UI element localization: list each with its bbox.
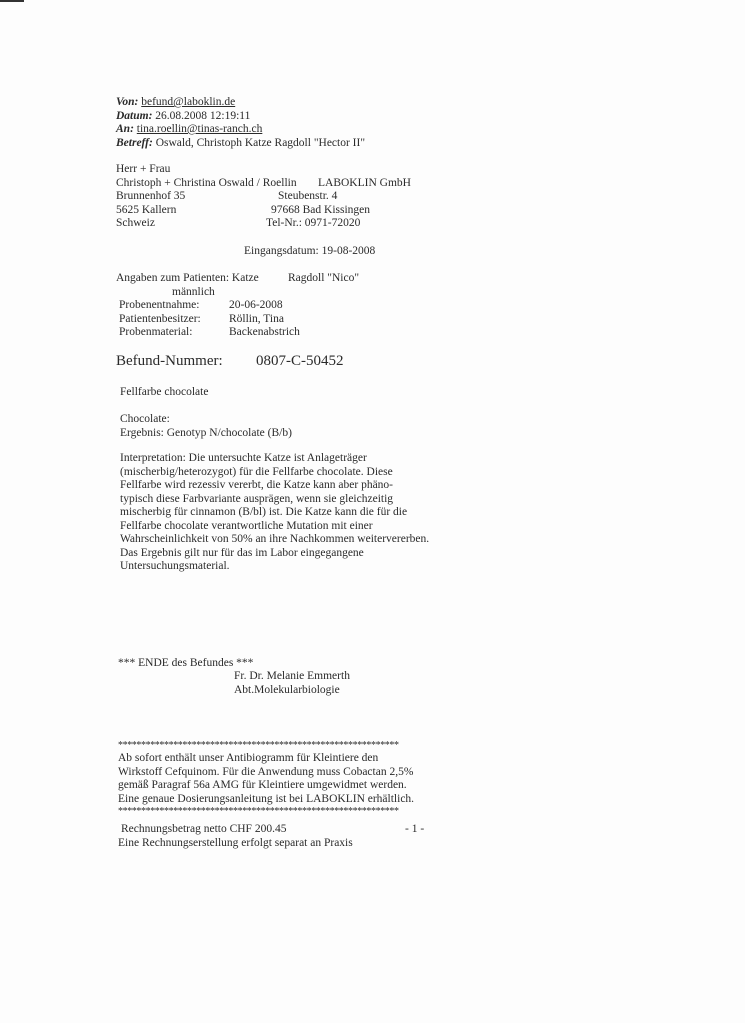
interpretation-line: Untersuchungsmaterial. [120, 560, 450, 574]
signature-name: Fr. Dr. Melanie Emmerth [234, 670, 350, 684]
from-email-link[interactable]: befund@laboklin.de [141, 96, 235, 108]
subject-row: Betreff: Oswald, Christoph Katze Ragdoll… [116, 137, 365, 151]
lab-phone: Tel-Nr.: 0971-72020 [266, 217, 360, 231]
subject-label: Betreff: [116, 137, 153, 149]
result-genotype: Ergebnis: Genotyp N/chocolate (B/b) [120, 427, 292, 441]
field-value: 20-06-2008 [229, 299, 283, 313]
separator: ****************************************… [118, 806, 414, 818]
interpretation-line: Interpretation: Die untersuchte Katze is… [120, 452, 450, 466]
interpretation-line: Das Ergebnis gilt nur für das im Labor e… [120, 547, 450, 561]
to-email-link[interactable]: tina.roellin@tinas-ranch.ch [137, 123, 263, 135]
interpretation-line: typisch diese Farbvariante ausprägen, we… [120, 493, 450, 507]
end-of-report: *** ENDE des Befundes *** [118, 657, 253, 671]
lab-address-line: 97668 Bad Kissingen [271, 204, 370, 218]
report-number-value: 0807-C-50452 [256, 353, 344, 370]
interpretation-line: Wahrscheinlichkeit von 50% an ihre Nachk… [120, 533, 450, 547]
report-number: Befund-Nummer: 0807-C-50452 [116, 353, 223, 370]
page-number: - 1 - [405, 823, 424, 837]
recipient-line: Herr + Frau [116, 163, 170, 177]
patient-intro: Angaben zum Patienten: Katze [116, 272, 259, 286]
patient-breed: Ragdoll "Nico" [288, 272, 359, 286]
from-label: Von: [116, 96, 138, 108]
result-heading: Chocolate: [120, 413, 292, 427]
field-key: Patientenbesitzer: [119, 313, 201, 327]
interpretation: Interpretation: Die untersuchte Katze is… [120, 452, 450, 574]
notice-line: Ab sofort enthält unser Antibiogramm für… [118, 752, 414, 766]
test-title: Fellfarbe chocolate [120, 386, 208, 400]
subject-value: Oswald, Christoph Katze Ragdoll "Hector … [156, 137, 365, 149]
report-number-label: Befund-Nummer: [116, 353, 223, 369]
date-value: 26.08.2008 12:19:11 [155, 110, 250, 122]
receipt-date: Eingangsdatum: 19-08-2008 [244, 245, 375, 259]
patient-sex: männlich [172, 286, 215, 300]
from-row: Von: befund@laboklin.de [116, 96, 365, 110]
interpretation-line: Fellfarbe chocolate verantwortliche Muta… [120, 520, 450, 534]
patient-info: Angaben zum Patienten: Katze Ragdoll "Ni… [116, 272, 119, 340]
test-result: Chocolate: Ergebnis: Genotyp N/chocolate… [120, 413, 292, 440]
recipient-line: Schweiz [116, 217, 155, 231]
interpretation-line: (mischerbig/heterozygot) für die Fellfar… [120, 466, 450, 480]
recipient-line: 5625 Kallern [116, 204, 176, 218]
field-key: Probenmaterial: [119, 326, 192, 340]
signature-department: Abt.Molekularbiologie [234, 684, 350, 698]
signature: Fr. Dr. Melanie Emmerth Abt.Molekularbio… [234, 670, 350, 697]
interpretation-line: Fellfarbe wird rezessiv vererbt, die Kat… [120, 479, 450, 493]
date-label: Datum: [116, 110, 152, 122]
date-row: Datum: 26.08.2008 12:19:11 [116, 110, 365, 124]
to-label: An: [116, 123, 134, 135]
interpretation-line: mischerbig für cinnamon (B/bl) ist. Die … [120, 506, 450, 520]
field-value: Backenabstrich [229, 326, 300, 340]
to-row: An: tina.roellin@tinas-ranch.ch [116, 123, 365, 137]
lab-name: LABOKLIN GmbH [318, 177, 411, 191]
notice-box: ****************************************… [118, 740, 414, 818]
billing-note: Eine Rechnungserstellung erfolgt separat… [118, 837, 353, 849]
email-header: Von: befund@laboklin.de Datum: 26.08.200… [116, 96, 365, 150]
recipient-line: Brunnenhof 35 [116, 190, 185, 204]
address-block: Herr + Frau Christoph + Christina Oswald… [116, 163, 456, 231]
separator: ****************************************… [118, 740, 414, 752]
field-key: Probenentnahme: [119, 299, 199, 313]
notice-line: Wirkstoff Cefquinom. Für die Anwendung m… [118, 766, 414, 780]
invoice-amount: Rechnungsbetrag netto CHF 200.45 [121, 823, 286, 835]
scan-corner-mark [0, 0, 24, 2]
notice-line: gemäß Paragraf 56a AMG für Kleintiere um… [118, 779, 414, 793]
field-value: Röllin, Tina [229, 313, 284, 327]
notice-line: Eine genaue Dosierungsanleitung ist bei … [118, 793, 414, 807]
recipient-line: Christoph + Christina Oswald / Roellin [116, 177, 297, 191]
lab-address-line: Steubenstr. 4 [278, 190, 337, 204]
footer: Rechnungsbetrag netto CHF 200.45 - 1 - E… [118, 823, 438, 850]
